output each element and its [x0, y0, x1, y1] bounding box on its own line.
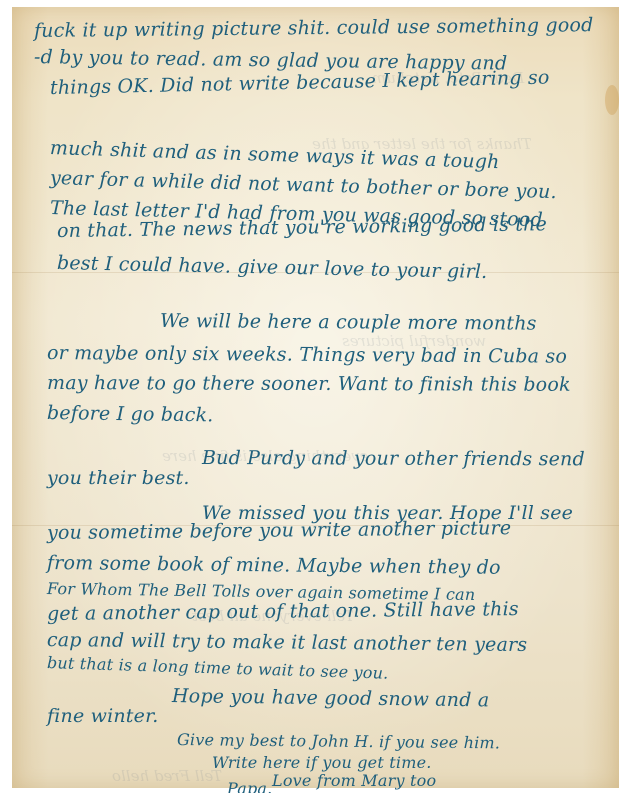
- letter-line: Give my best to John H. if you see him.: [177, 730, 500, 752]
- letter-page: Dear Pete, Ketchum Thanks for the letter…: [12, 7, 619, 788]
- letter-line: from some book of mine. Maybe when they …: [47, 552, 501, 579]
- letter-line: get a another cap out of that one. Still…: [47, 598, 519, 625]
- letter-line: or maybe only six weeks. Things very bad…: [47, 342, 567, 368]
- letter-line: fine winter.: [47, 705, 159, 727]
- letter-line: things OK. Did not write because I kept …: [50, 67, 550, 99]
- letter-line: cap and will try to make it last another…: [47, 629, 528, 656]
- letter-line: fuck it up writing picture shit. could u…: [34, 14, 594, 42]
- letter-line: Love from Mary too: [272, 771, 436, 790]
- signature: Papa.: [227, 779, 272, 793]
- letter-line: before I go back.: [47, 402, 214, 426]
- letter-line: you their best.: [47, 467, 190, 489]
- letter-line: Write here if you get time.: [212, 753, 432, 772]
- letter-line: but that is a long time to wait to see y…: [47, 653, 389, 683]
- letter-line: We will be here a couple more months: [160, 310, 537, 335]
- letter-line: Bud Purdy and your other friends send: [202, 447, 585, 470]
- paper-stain: [605, 85, 619, 115]
- letter-line: may have to go there sooner. Want to fin…: [47, 372, 571, 396]
- bleed-through-text: Tell Fred hello: [112, 767, 222, 785]
- letter-line: best I could have. give our love to your…: [57, 252, 488, 283]
- letter-line: Hope you have good snow and a: [172, 685, 490, 711]
- letter-line: you sometime before you write another pi…: [47, 517, 511, 544]
